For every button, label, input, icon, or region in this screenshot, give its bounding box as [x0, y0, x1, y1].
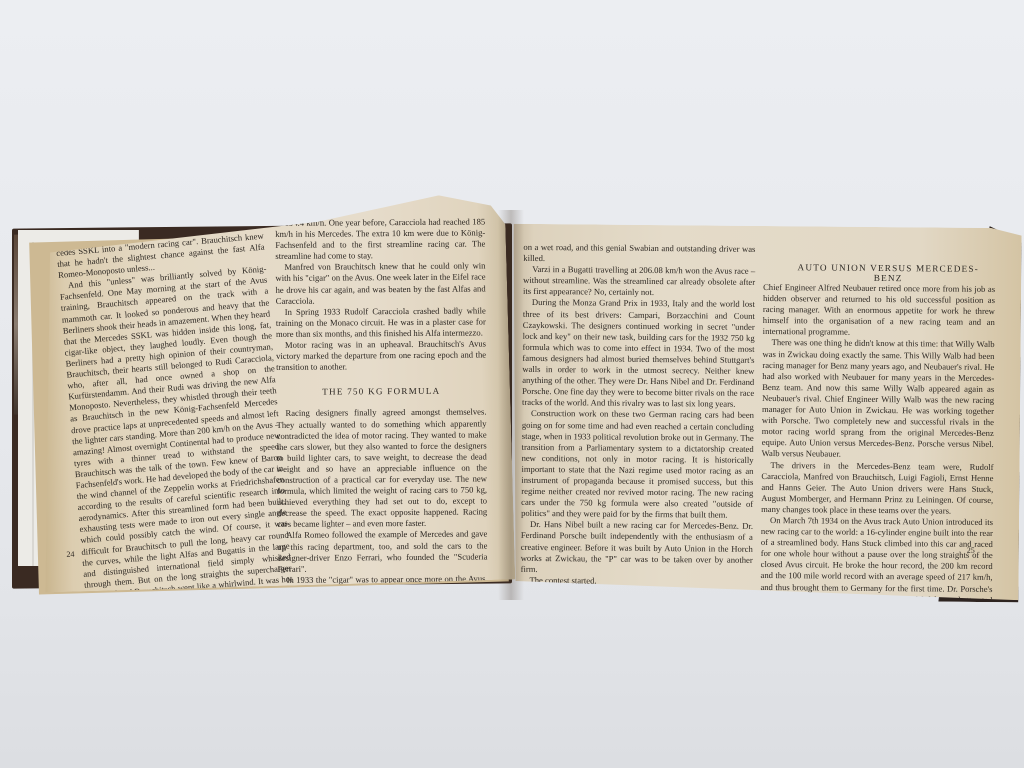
page-number: 25 — [967, 546, 975, 555]
paragraph: And this "unless" was brilliantly solved… — [59, 264, 296, 635]
paragraph: Racing designers finally agreed amongst … — [276, 407, 487, 530]
section-heading: AUTO UNION VERSUS MERCEDES-BENZ — [783, 262, 993, 284]
paragraph: There was one thing he didn't know at th… — [762, 337, 995, 461]
paragraph: Alfa Romeo followed the example of Merce… — [277, 529, 487, 575]
page-number: 24 — [66, 550, 74, 559]
paragraph: During the Monza Grand Prix in 1933, Ita… — [522, 297, 755, 410]
paragraph: Chief Engineer Alfred Neubauer retired o… — [763, 282, 995, 339]
left-page-column-2: of 194.4 km/h. One year before, Caraccio… — [275, 216, 488, 608]
paragraph: Motor racing was in an upheaval. Brauchi… — [276, 338, 486, 373]
paragraph: Varzi in a Bugatti travelling at 206.08 … — [523, 264, 755, 299]
paragraph: Dr. Hans Nibel built a new racing car fo… — [521, 519, 753, 576]
paragraph: Manfred von Brauchitsch knew that he cou… — [275, 261, 485, 307]
paragraph: The drivers in the Mercedes-Benz team we… — [761, 459, 993, 516]
paragraph: Construction work on these two German ra… — [521, 408, 754, 521]
paragraph: on a wet road, and this genial Swabian a… — [523, 242, 755, 266]
paragraph: In Spring 1933 Rudolf Caracciola crashed… — [276, 305, 486, 340]
table-surface — [0, 600, 1024, 768]
paragraph: The contest started. — [520, 575, 752, 588]
right-page-column-2: Chief Engineer Alfred Neubauer retired o… — [760, 282, 995, 617]
book-gutter — [498, 210, 524, 600]
left-page-column-1: cedes SSKL into a "modern racing car". B… — [56, 231, 296, 635]
right-page: on a wet road, and this genial Swabian a… — [510, 224, 1021, 600]
section-heading: THE 750 KG FORMULA — [276, 386, 486, 399]
paragraph: of 194.4 km/h. One year before, Caraccio… — [275, 216, 485, 262]
left-page: cedes SSKL into a "modern racing car". B… — [35, 194, 516, 593]
right-page-column-1: on a wet road, and this genial Swabian a… — [520, 242, 755, 588]
